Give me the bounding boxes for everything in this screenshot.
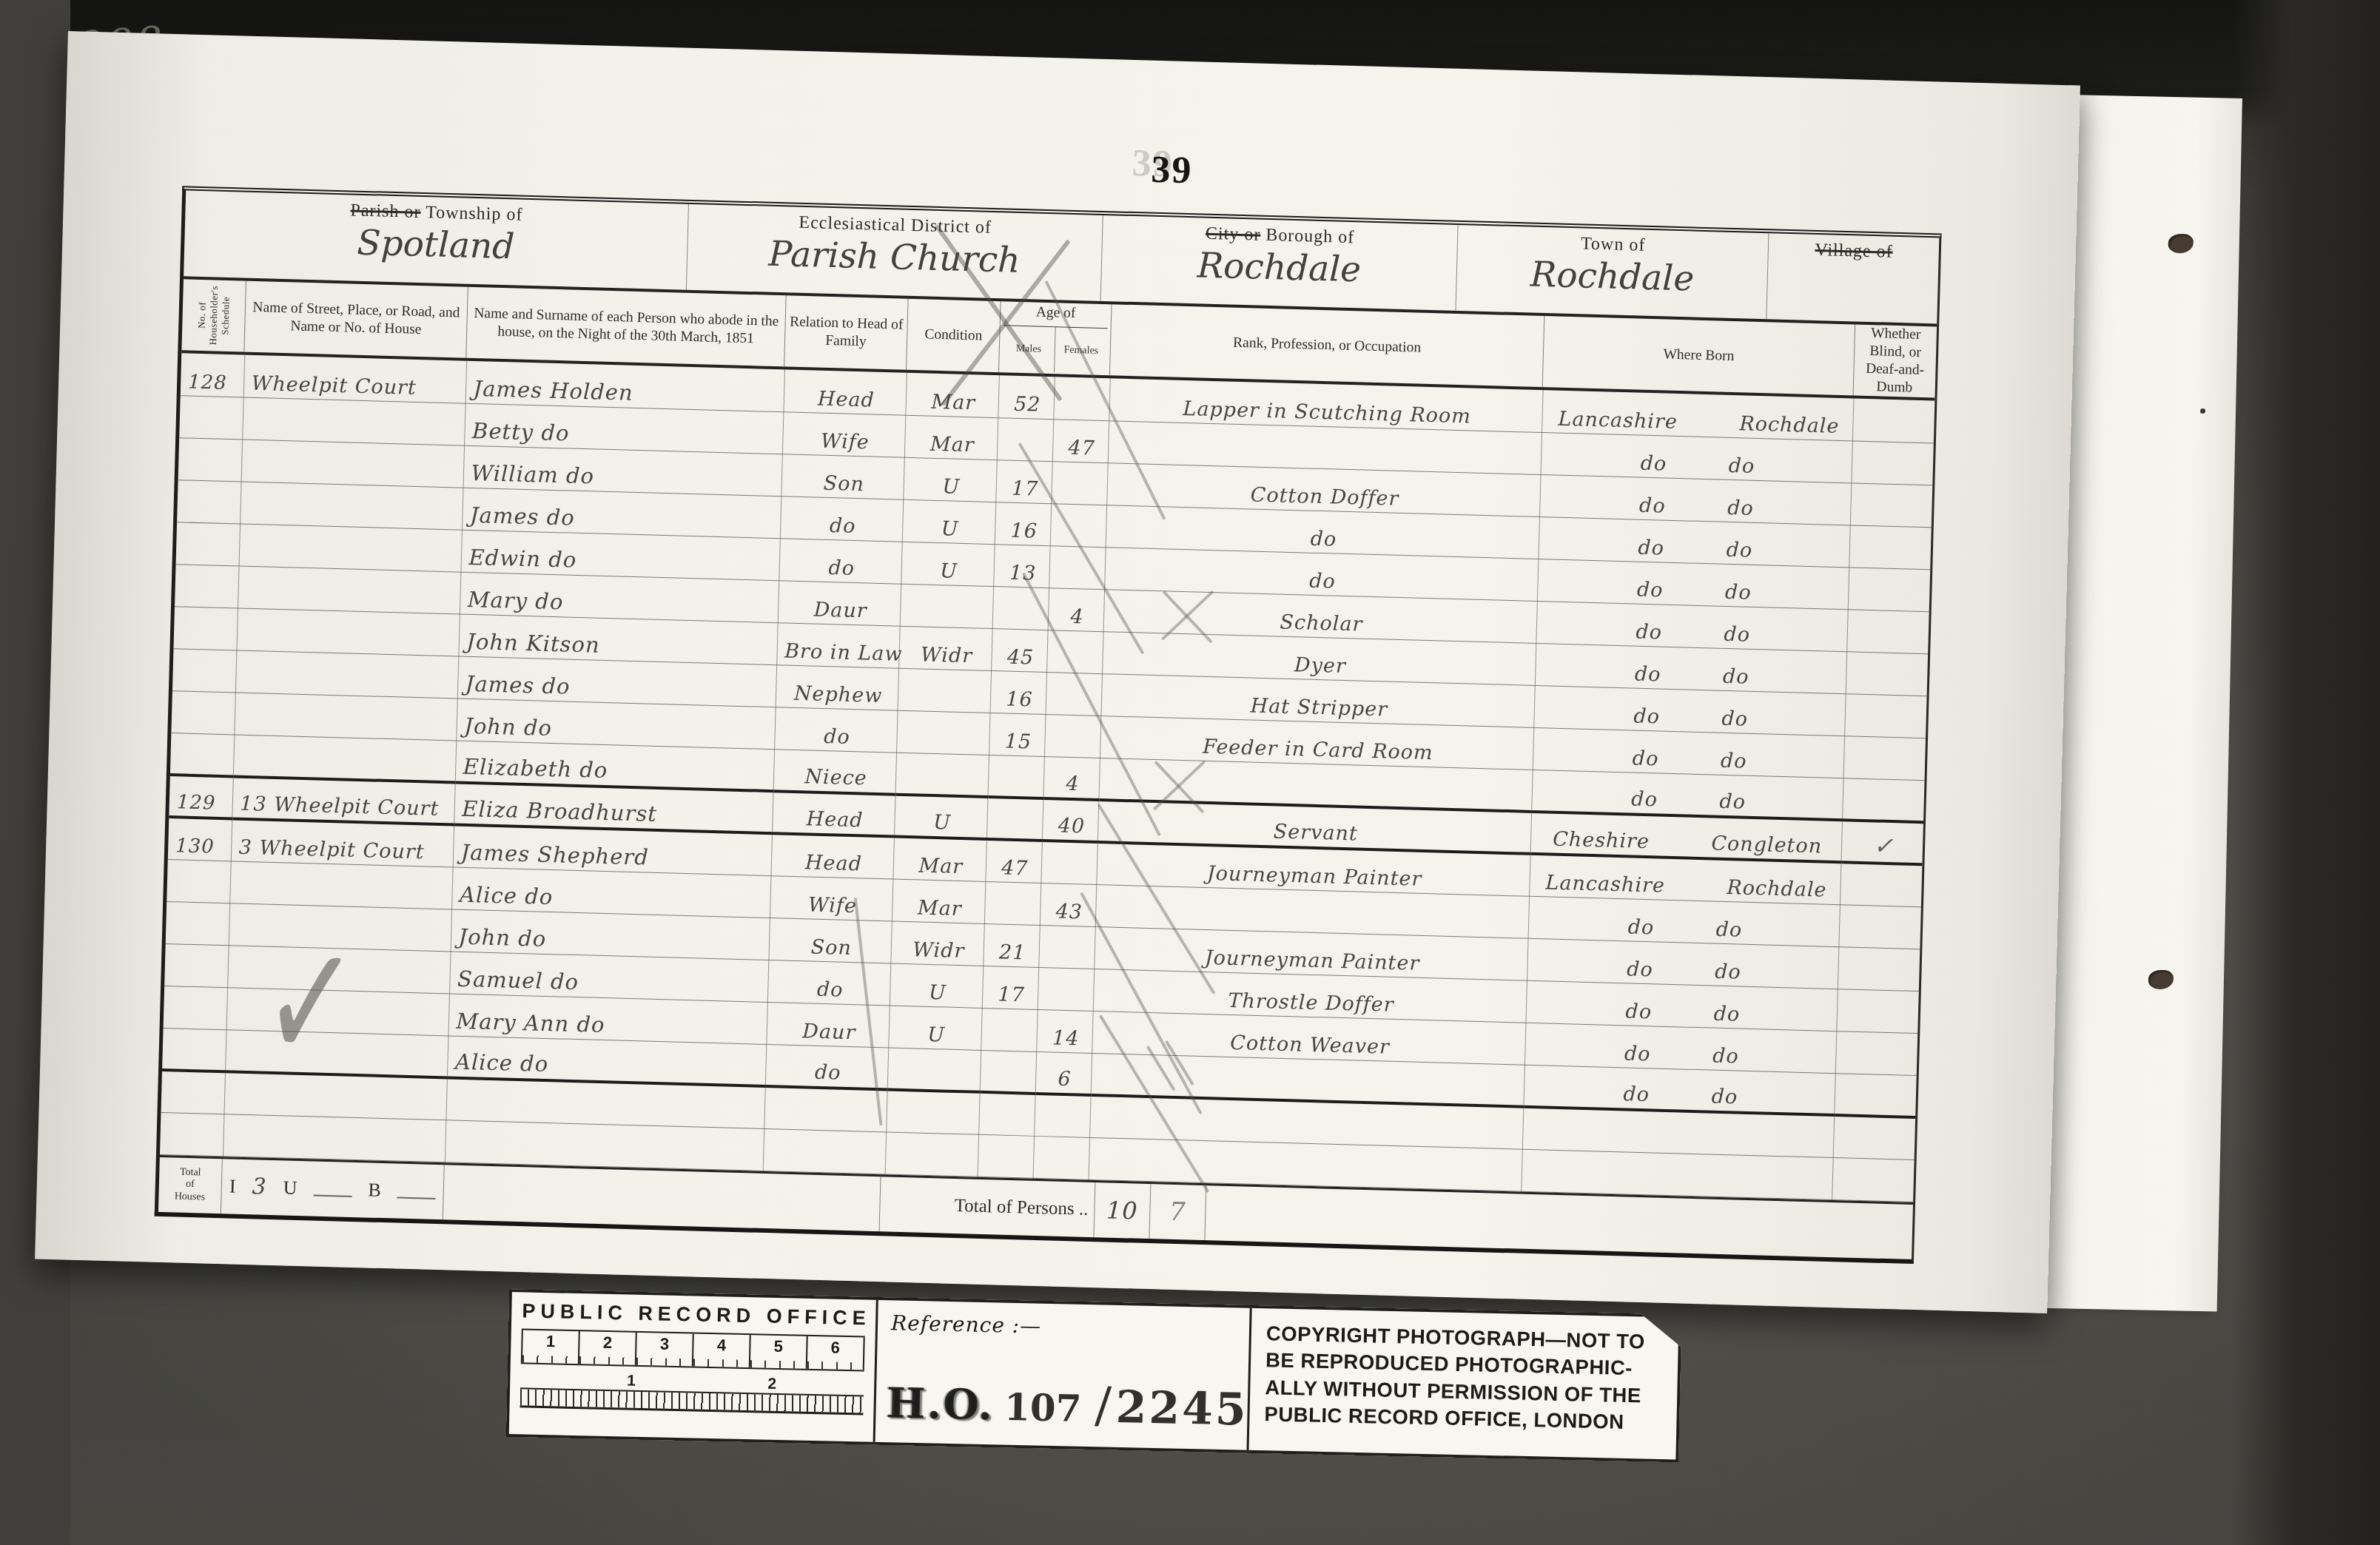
schedule-cell [179,395,243,439]
address-cell [238,566,460,614]
age-males-cell: 13 [993,544,1050,588]
col-header-condition: Condition [907,299,1001,372]
age-females-cell: 40 [1042,798,1099,842]
age-females-cell: 47 [1052,419,1109,462]
relation-cell: do [780,496,903,541]
address-cell: Wheelpit Court [243,355,466,403]
col-header-blind-deaf: Whether Blind, or Deaf-and-Dumb [1854,324,1937,397]
schedule-cell [177,479,241,523]
relation-cell: Nephew [776,664,898,710]
age-females-cell [1038,967,1095,1011]
condition-cell: U [888,1006,981,1050]
schedule-cell: 129 [169,775,233,818]
town-value: Rochdale [1456,252,1768,301]
ruler-inch-mark: 2 [579,1331,637,1365]
relation-cell: Bro in Law [776,622,899,667]
relation-cell: Niece [773,749,896,794]
schedule-cell [161,1070,226,1114]
punch-hole [2148,970,2174,990]
age-males-cell [981,1008,1038,1051]
pro-reference-section: Reference :— H.O.107/2245 [875,1300,1252,1450]
township-cell: Parish or Township of Spotland [184,190,689,289]
remarks-cell [1851,440,1934,485]
remarks-cell [1843,736,1926,780]
relation-cell: Wife [770,875,892,920]
enumeration-rows: 128Wheelpit CourtJames HoldenHeadMar52La… [160,353,1934,1202]
address-cell [240,482,463,530]
age-males-cell: 47 [985,839,1042,883]
age-males-cell: 17 [982,966,1039,1009]
town-cell: Town of Rochdale [1456,225,1769,319]
address-cell [236,607,459,656]
address-cell [242,397,465,445]
age-males-cell: 15 [989,713,1046,756]
age-females-cell [1044,714,1101,758]
relation-cell [764,1086,887,1131]
age-males-cell [984,881,1041,925]
remarks-cell [1844,693,1927,738]
remarks-cell [1833,1115,1916,1159]
reference-label: Reference :— [891,1310,1237,1342]
condition-cell: Widr [890,921,984,966]
ruler-inch-scale: 123456 [521,1328,865,1371]
address-cell [241,440,464,488]
relation-cell: Daur [778,580,901,625]
condition-cell: U [903,457,996,502]
total-of-houses-label: Total of Houses [158,1157,223,1213]
total-persons-females-pencil: 7 [1149,1184,1206,1240]
building-label: B [368,1179,381,1201]
remarks-cell [1840,862,1923,906]
age-females-cell [1051,461,1108,505]
age-females-cell [1049,545,1106,589]
remarks-cell [1846,651,1929,696]
schedule-cell [167,859,231,903]
col-header-name: Name and Surname of each Person who abod… [466,287,786,367]
remarks-cell [1832,1157,1915,1202]
remarks-cell [1834,1073,1917,1117]
relation-cell: do [765,1044,888,1089]
age-females-cell: 14 [1036,1009,1093,1053]
ruler-inch-mark: 6 [807,1336,865,1370]
age-males-cell [978,1134,1035,1178]
remarks-cell [1850,482,1933,527]
pro-ruler-section: PUBLIC RECORD OFFICE 123456 1 2 [509,1292,878,1442]
relation-cell: Son [781,454,904,499]
relation-cell: do [767,960,890,1005]
condition-cell [900,584,993,628]
age-males-cell: 21 [983,923,1040,967]
relation-cell: Son [768,918,891,963]
schedule-cell [176,522,241,565]
condition-cell: Widr [898,626,992,670]
schedule-cell [162,1028,226,1071]
village-cell: Village of [1767,233,1940,323]
relation-cell: Head [770,833,893,878]
address-cell [234,692,457,740]
col-header-occupation: Rank, Profession, or Occupation [1110,304,1544,387]
remarks-cell [1846,609,1929,653]
remarks-cell [1848,567,1931,611]
age-males-cell [980,1050,1037,1094]
remarks-cell [1849,525,1932,569]
schedule-cell [178,437,243,481]
age-females-cell: 6 [1035,1051,1092,1095]
col-header-where-born: Where Born [1543,316,1855,395]
public-record-office-strip: PUBLIC RECORD OFFICE 123456 1 2 Referenc… [506,1289,1682,1463]
condition-cell [895,753,989,797]
schedule-cell [164,986,228,1029]
borough-cell: City or Borough of Rochdale [1101,215,1459,311]
schedule-cell [175,564,239,607]
ruler-unit-1: 1 [627,1373,636,1390]
condition-cell: U [901,542,994,586]
ecclesiastical-district-cell: Ecclesiastical District of Parish Church [687,204,1103,301]
remarks-cell [1842,778,1925,822]
relation-cell [763,1128,886,1174]
schedule-cell [172,648,237,692]
remarks-cell [1852,398,1935,442]
borough-value: Rochdale [1101,243,1456,293]
ruler-inch-mark: 1 [521,1330,580,1364]
ruler-inch-mark: 4 [693,1333,751,1367]
remarks-cell [1836,989,1919,1033]
remarks-cell [1838,946,1920,991]
condition-cell: U [902,499,995,544]
photo-dark-right-margin [2232,0,2380,1545]
age-females-cell [1038,925,1095,969]
where-born-cell [1521,1149,1832,1199]
reference-stamp: H.O.107/2245 [886,1372,1249,1437]
age-females-cell [1041,841,1097,884]
col-header-schedule: No. of Householder's Schedule [181,279,246,351]
age-males-cell: 16 [995,502,1052,545]
condition-cell: Mar [892,837,986,881]
schedule-cell [160,1112,224,1156]
schedule-cell: 128 [181,353,245,397]
age-males-cell [987,755,1044,798]
condition-cell [885,1131,978,1176]
pencil-check-mark: ✓ [259,916,362,1092]
condition-cell [886,1089,979,1134]
pro-copyright-section: COPYRIGHT PHOTOGRAPH—NOT TO BE REPRODUCE… [1248,1308,1678,1460]
remarks-cell: ✓ [1841,820,1923,864]
inhabited-label: I [229,1175,235,1197]
condition-cell [898,668,991,713]
relation-cell: do [779,538,901,583]
age-males-cell [978,1092,1035,1136]
age-males-cell [986,797,1043,841]
address-cell [223,1114,446,1162]
page-number: 39 [1151,148,1194,192]
ruler-inch-mark: 5 [750,1335,808,1369]
remarks-cell [1838,904,1921,949]
address-cell [239,524,462,572]
census-table: Parish or Township of Spotland Ecclesias… [155,186,1942,1263]
address-cell [229,861,452,909]
census-page: 39 Parish or Township of Spotland Eccles… [35,31,2080,1313]
age-females-cell [1034,1094,1091,1137]
village-label: Village of [1769,233,1939,263]
remarks-cell [1835,1031,1918,1075]
condition-cell: Mar [892,879,985,923]
total-persons-males: 10 [1094,1182,1151,1239]
schedule-cell [164,943,229,987]
schedule-cell [170,733,235,776]
col-header-address: Name of Street, Place, or Road, and Name… [244,281,468,358]
schedule-cell: 130 [168,817,232,861]
schedule-cell [171,690,235,734]
age-females-cell: 4 [1048,588,1105,631]
total-of-houses-values: I 3 U B [221,1159,445,1219]
pro-office-title: PUBLIC RECORD OFFICE [522,1299,866,1330]
total-of-persons-label: Total of Persons .. [880,1177,1096,1237]
relation-cell: do [774,707,897,752]
condition-cell [896,710,989,755]
condition-cell [887,1047,981,1091]
inhabited-value: 3 [252,1174,267,1200]
punch-hole [2168,234,2194,254]
ruler-inch-mark: 3 [636,1333,694,1367]
paper-speck [2200,408,2205,414]
condition-cell: U [890,963,983,1008]
relation-cell: Wife [782,411,905,457]
ruler-unit-2: 2 [767,1376,776,1393]
col-header-relation: Relation to Head of Family [784,295,909,369]
relation-cell: Head [772,791,895,836]
condition-cell: U [894,795,987,839]
address-cell [233,734,456,782]
condition-cell: Mar [904,415,998,460]
address-cell: 3 Wheelpit Court [231,818,454,866]
uninhabited-label: U [283,1177,297,1199]
address-cell [235,650,458,698]
age-females-cell: 4 [1043,756,1100,800]
ruler-fine-scale: 1 2 [520,1371,864,1415]
relation-cell: Head [783,369,906,414]
schedule-cell [166,901,230,945]
age-females-cell [1033,1136,1090,1179]
schedule-cell [173,606,238,650]
age-males-cell: 16 [990,670,1047,714]
age-males-cell: 45 [991,628,1048,672]
address-cell: 13 Wheelpit Court [232,776,454,824]
